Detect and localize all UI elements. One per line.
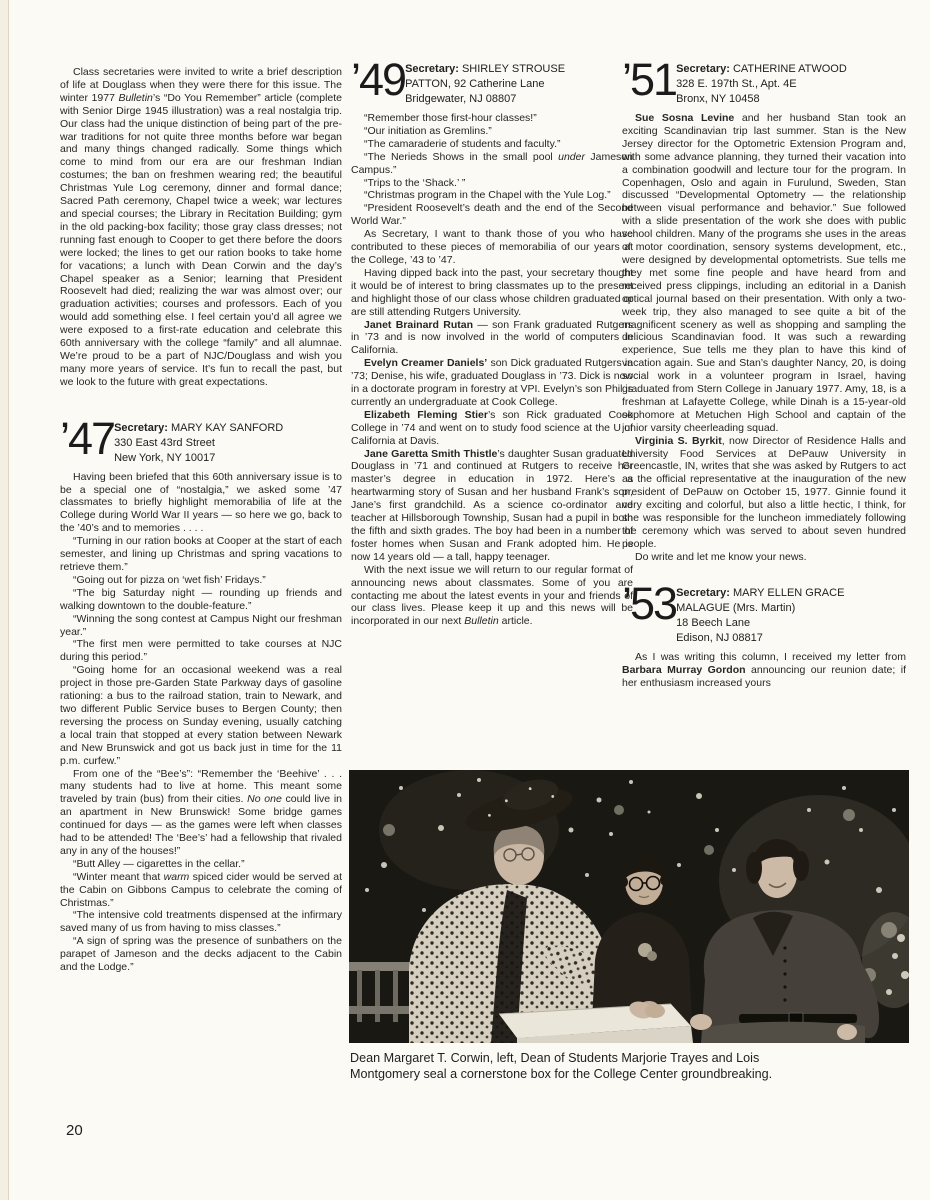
paragraph: “Going home for an occasional weekend wa…: [60, 664, 342, 767]
paragraph: “The first men were permitted to take co…: [60, 638, 342, 664]
paragraph: “Remember those first-hour classes!”: [351, 112, 633, 125]
paragraph: Janet Brainard Rutan — son Frank graduat…: [351, 319, 633, 358]
section-53-paragraphs: As I was writing this column, I received…: [622, 651, 906, 690]
paragraph: Evelyn Creamer Daniels’ son Dick graduat…: [351, 357, 633, 409]
secretary-line: Bronx, NY 10458: [676, 92, 847, 107]
secretary-line: MALAGUE (Mrs. Martin): [676, 601, 844, 616]
section-49-header: ’49 Secretary: SHIRLEY STROUSE PATTON, 9…: [351, 60, 633, 107]
paragraph: As I was writing this column, I received…: [622, 651, 906, 690]
paragraph: Virginia S. Byrkit, now Director of Resi…: [622, 435, 906, 551]
paragraph: “Christmas program in the Chapel with th…: [351, 189, 633, 202]
paragraph: Having been briefed that this 60th anniv…: [60, 471, 342, 536]
section-class-47: ’47 Secretary: MARY KAY SANFORD 330 East…: [60, 419, 342, 974]
secretary-line: New York, NY 10017: [114, 451, 283, 466]
paragraph: “The camaraderie of students and faculty…: [351, 138, 633, 151]
photo-caption-line-1: Dean Margaret T. Corwin, left, Dean of S…: [350, 1050, 912, 1066]
section-class-49: ’49 Secretary: SHIRLEY STROUSE PATTON, 9…: [351, 60, 633, 628]
photo-caption-line-2: Montgomery seal a cornerstone box for th…: [350, 1066, 912, 1082]
class-year-47: ’47: [60, 419, 114, 459]
paragraph: “The intensive cold treatments dispensed…: [60, 909, 342, 935]
section-47-header: ’47 Secretary: MARY KAY SANFORD 330 East…: [60, 419, 342, 466]
class-year-49: ’49: [351, 60, 405, 100]
paragraph: “A sign of spring was the presence of su…: [60, 935, 342, 974]
paragraph: “The big Saturday night — rounding up fr…: [60, 587, 342, 613]
secretary-line: PATTON, 92 Catherine Lane: [405, 77, 565, 92]
paragraph: Sue Sosna Levine and her husband Stan to…: [622, 112, 906, 435]
magazine-page: Class secretaries were invited to write …: [0, 0, 930, 1200]
section-53-header: ’53 Secretary: MARY ELLEN GRACE MALAGUE …: [622, 584, 906, 646]
class-year-53: ’53: [622, 584, 676, 624]
intro-paragraphs: Class secretaries were invited to write …: [60, 66, 342, 389]
secretary-line: 330 East 43rd Street: [114, 436, 283, 451]
page-number: 20: [66, 1122, 83, 1139]
column-3: ’51 Secretary: CATHERINE ATWOOD 328 E. 1…: [622, 60, 906, 768]
secretary-block-49: Secretary: SHIRLEY STROUSE PATTON, 92 Ca…: [405, 60, 565, 107]
photo-illustration: [349, 770, 909, 1043]
secretary-line: Secretary: MARY ELLEN GRACE: [676, 586, 844, 601]
paragraph: “Butt Alley — cigarettes in the cellar.”: [60, 858, 342, 871]
paragraph: Class secretaries were invited to write …: [60, 66, 342, 389]
paragraph: “Winning the song contest at Campus Nigh…: [60, 613, 342, 639]
secretary-line: 18 Beech Lane: [676, 616, 844, 631]
class-year-51: ’51: [622, 60, 676, 100]
column-2: ’49 Secretary: SHIRLEY STROUSE PATTON, 9…: [351, 60, 633, 765]
secretary-line: Secretary: CATHERINE ATWOOD: [676, 62, 847, 77]
section-47-paragraphs: Having been briefed that this 60th anniv…: [60, 471, 342, 974]
paragraph: Elizabeth Fleming Stier’s son Rick gradu…: [351, 409, 633, 448]
paragraph: “The Nerieds Shows in the small pool und…: [351, 151, 633, 177]
secretary-block-51: Secretary: CATHERINE ATWOOD 328 E. 197th…: [676, 60, 847, 107]
paragraph: With the next issue we will return to ou…: [351, 564, 633, 629]
paragraph: Do write and let me know your news.: [622, 551, 906, 564]
secretary-line: Edison, NJ 08817: [676, 631, 844, 646]
secretary-line: Secretary: SHIRLEY STROUSE: [405, 62, 565, 77]
page-left-edge-shade: [0, 0, 8, 1200]
section-51-paragraphs: Sue Sosna Levine and her husband Stan to…: [622, 112, 906, 564]
secretary-line: 328 E. 197th St., Apt. 4E: [676, 77, 847, 92]
paragraph: Jane Garetta Smith Thistle’s daughter Su…: [351, 448, 633, 564]
paragraph: “Trips to the ‘Shack.’ ”: [351, 177, 633, 190]
paragraph: As Secretary, I want to thank those of y…: [351, 228, 633, 267]
paragraph: Having dipped back into the past, your s…: [351, 267, 633, 319]
secretary-line: Secretary: MARY KAY SANFORD: [114, 421, 283, 436]
section-49-paragraphs: “Remember those first-hour classes!”“Our…: [351, 112, 633, 628]
paragraph: “Turning in our ration books at Cooper a…: [60, 535, 342, 574]
section-51-header: ’51 Secretary: CATHERINE ATWOOD 328 E. 1…: [622, 60, 906, 107]
paragraph: “Winter meant that warm spiced cider wou…: [60, 871, 342, 910]
paragraph: From one of the “Bee’s”: “Remember the ‘…: [60, 768, 342, 858]
column-1: Class secretaries were invited to write …: [60, 66, 342, 1116]
paragraph: “President Roosevelt’s death and the end…: [351, 202, 633, 228]
paragraph: “Our initiation as Gremlins.”: [351, 125, 633, 138]
secretary-line: Bridgewater, NJ 08807: [405, 92, 565, 107]
photo-caption: Dean Margaret T. Corwin, left, Dean of S…: [350, 1050, 912, 1082]
page-left-edge-line: [8, 0, 9, 1200]
section-class-53: ’53 Secretary: MARY ELLEN GRACE MALAGUE …: [622, 584, 906, 690]
secretary-block-53: Secretary: MARY ELLEN GRACE MALAGUE (Mrs…: [676, 584, 844, 646]
secretary-block-47: Secretary: MARY KAY SANFORD 330 East 43r…: [114, 419, 283, 466]
paragraph: “Going out for pizza on ‘wet fish’ Frida…: [60, 574, 342, 587]
section-class-51: ’51 Secretary: CATHERINE ATWOOD 328 E. 1…: [622, 60, 906, 564]
groundbreaking-photo: [349, 770, 909, 1043]
